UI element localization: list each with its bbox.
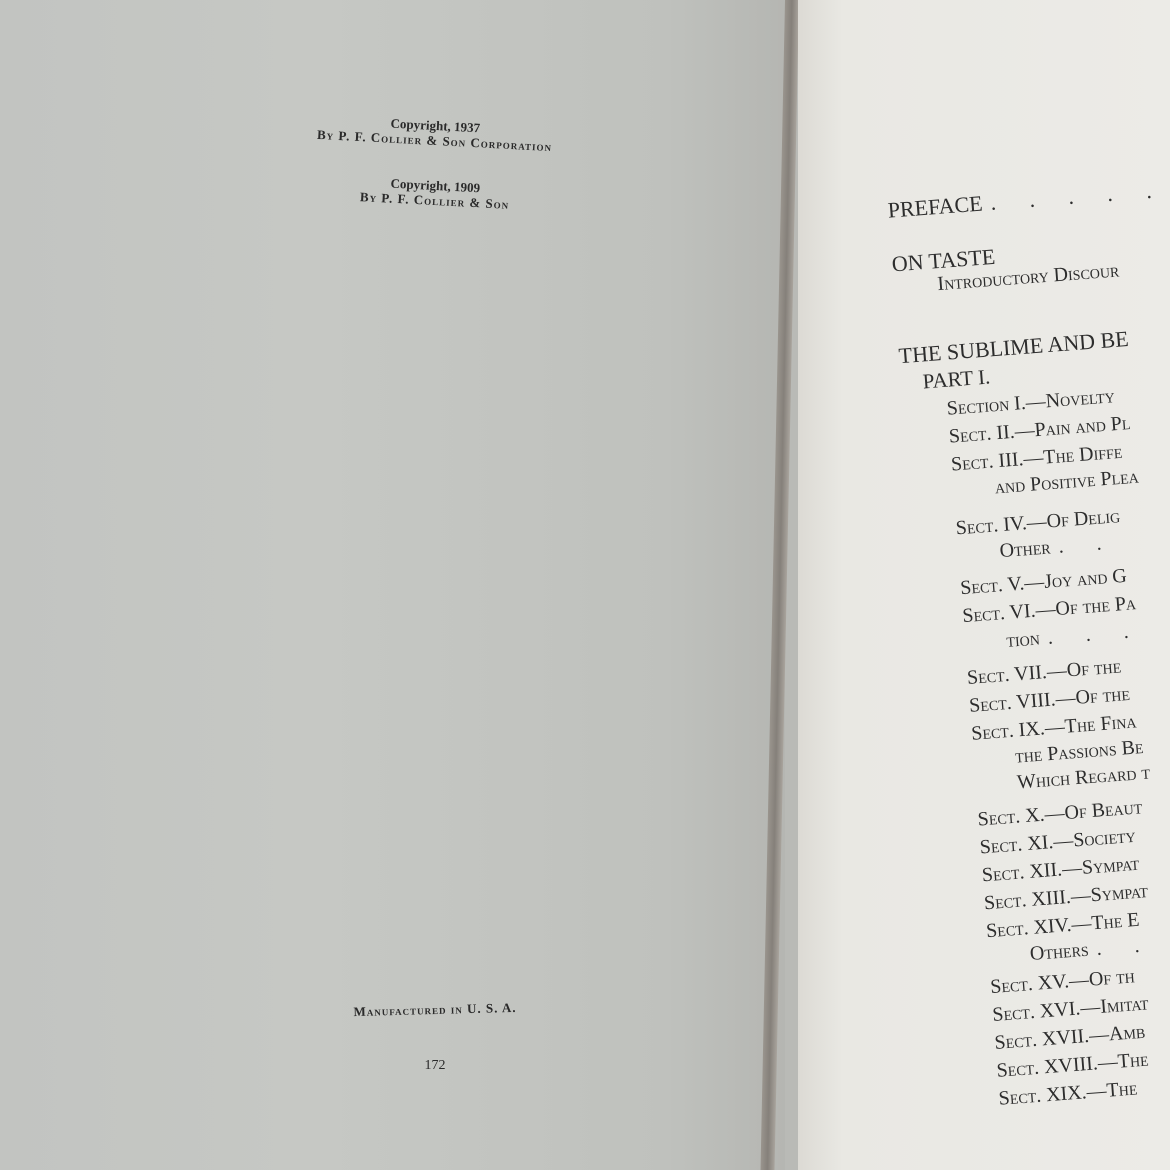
toc-entry-text: Sect. XVI.—Imitat xyxy=(992,992,1150,1026)
page-number: 172 xyxy=(410,1058,460,1074)
leader-dots: . . . . . xyxy=(990,177,1167,215)
copyright-1937-block: Copyright, 1937 By P. F. Collier & Son C… xyxy=(299,111,570,155)
toc-entry-text: Sect. XIX.—The xyxy=(998,1077,1138,1109)
left-page: Copyright, 1937 By P. F. Collier & Son C… xyxy=(0,0,785,1170)
toc-entry-text: Others xyxy=(1029,939,1089,965)
toc-entry-section-19: Sect. XIX.—The xyxy=(998,1077,1138,1110)
toc-entry-text: Other xyxy=(999,536,1052,562)
toc-entry-text: Sect. XV.—Of th xyxy=(990,965,1136,998)
toc-entry-section-6-cont: tion. . . xyxy=(1006,620,1144,653)
toc-entry-text: Sect. XVIII.—The xyxy=(996,1049,1150,1082)
table-of-contents: CO PREFACE. . . . . ON TASTE Introductor… xyxy=(878,41,1170,80)
manufactured-notice: Manufactured in U. S. A. xyxy=(335,999,535,1019)
toc-entry-text: Sect. VII.—Of the xyxy=(966,655,1122,689)
copyright-1909-block: Copyright, 1909 By P. F. Collier & Son xyxy=(344,173,525,212)
toc-entry-sublime: THE SUBLIME AND BE xyxy=(898,326,1130,369)
toc-entry-part-1: PART I. xyxy=(922,364,991,394)
leader-dots: . . xyxy=(1096,934,1154,960)
toc-entry-text: Sect. XVII.—Amb xyxy=(994,1021,1146,1054)
leader-dots: . . xyxy=(1058,532,1116,558)
toc-entry-text: tion xyxy=(1006,627,1041,651)
toc-entry-section-4-cont: Other. . xyxy=(999,532,1116,564)
manufactured-text: Manufactured in U. S. A. xyxy=(335,999,535,1019)
leader-dots: . . . xyxy=(1047,620,1143,649)
right-page: CO PREFACE. . . . . ON TASTE Introductor… xyxy=(798,0,1170,1170)
toc-entry-text: Sect. XI.—Society xyxy=(979,825,1136,859)
toc-entry-text: PART I. xyxy=(922,364,991,393)
toc-entry-text: PREFACE xyxy=(887,191,984,223)
toc-entry-preface: PREFACE. . . . . xyxy=(887,177,1167,224)
toc-entry-text: THE SUBLIME AND BE xyxy=(898,326,1130,368)
